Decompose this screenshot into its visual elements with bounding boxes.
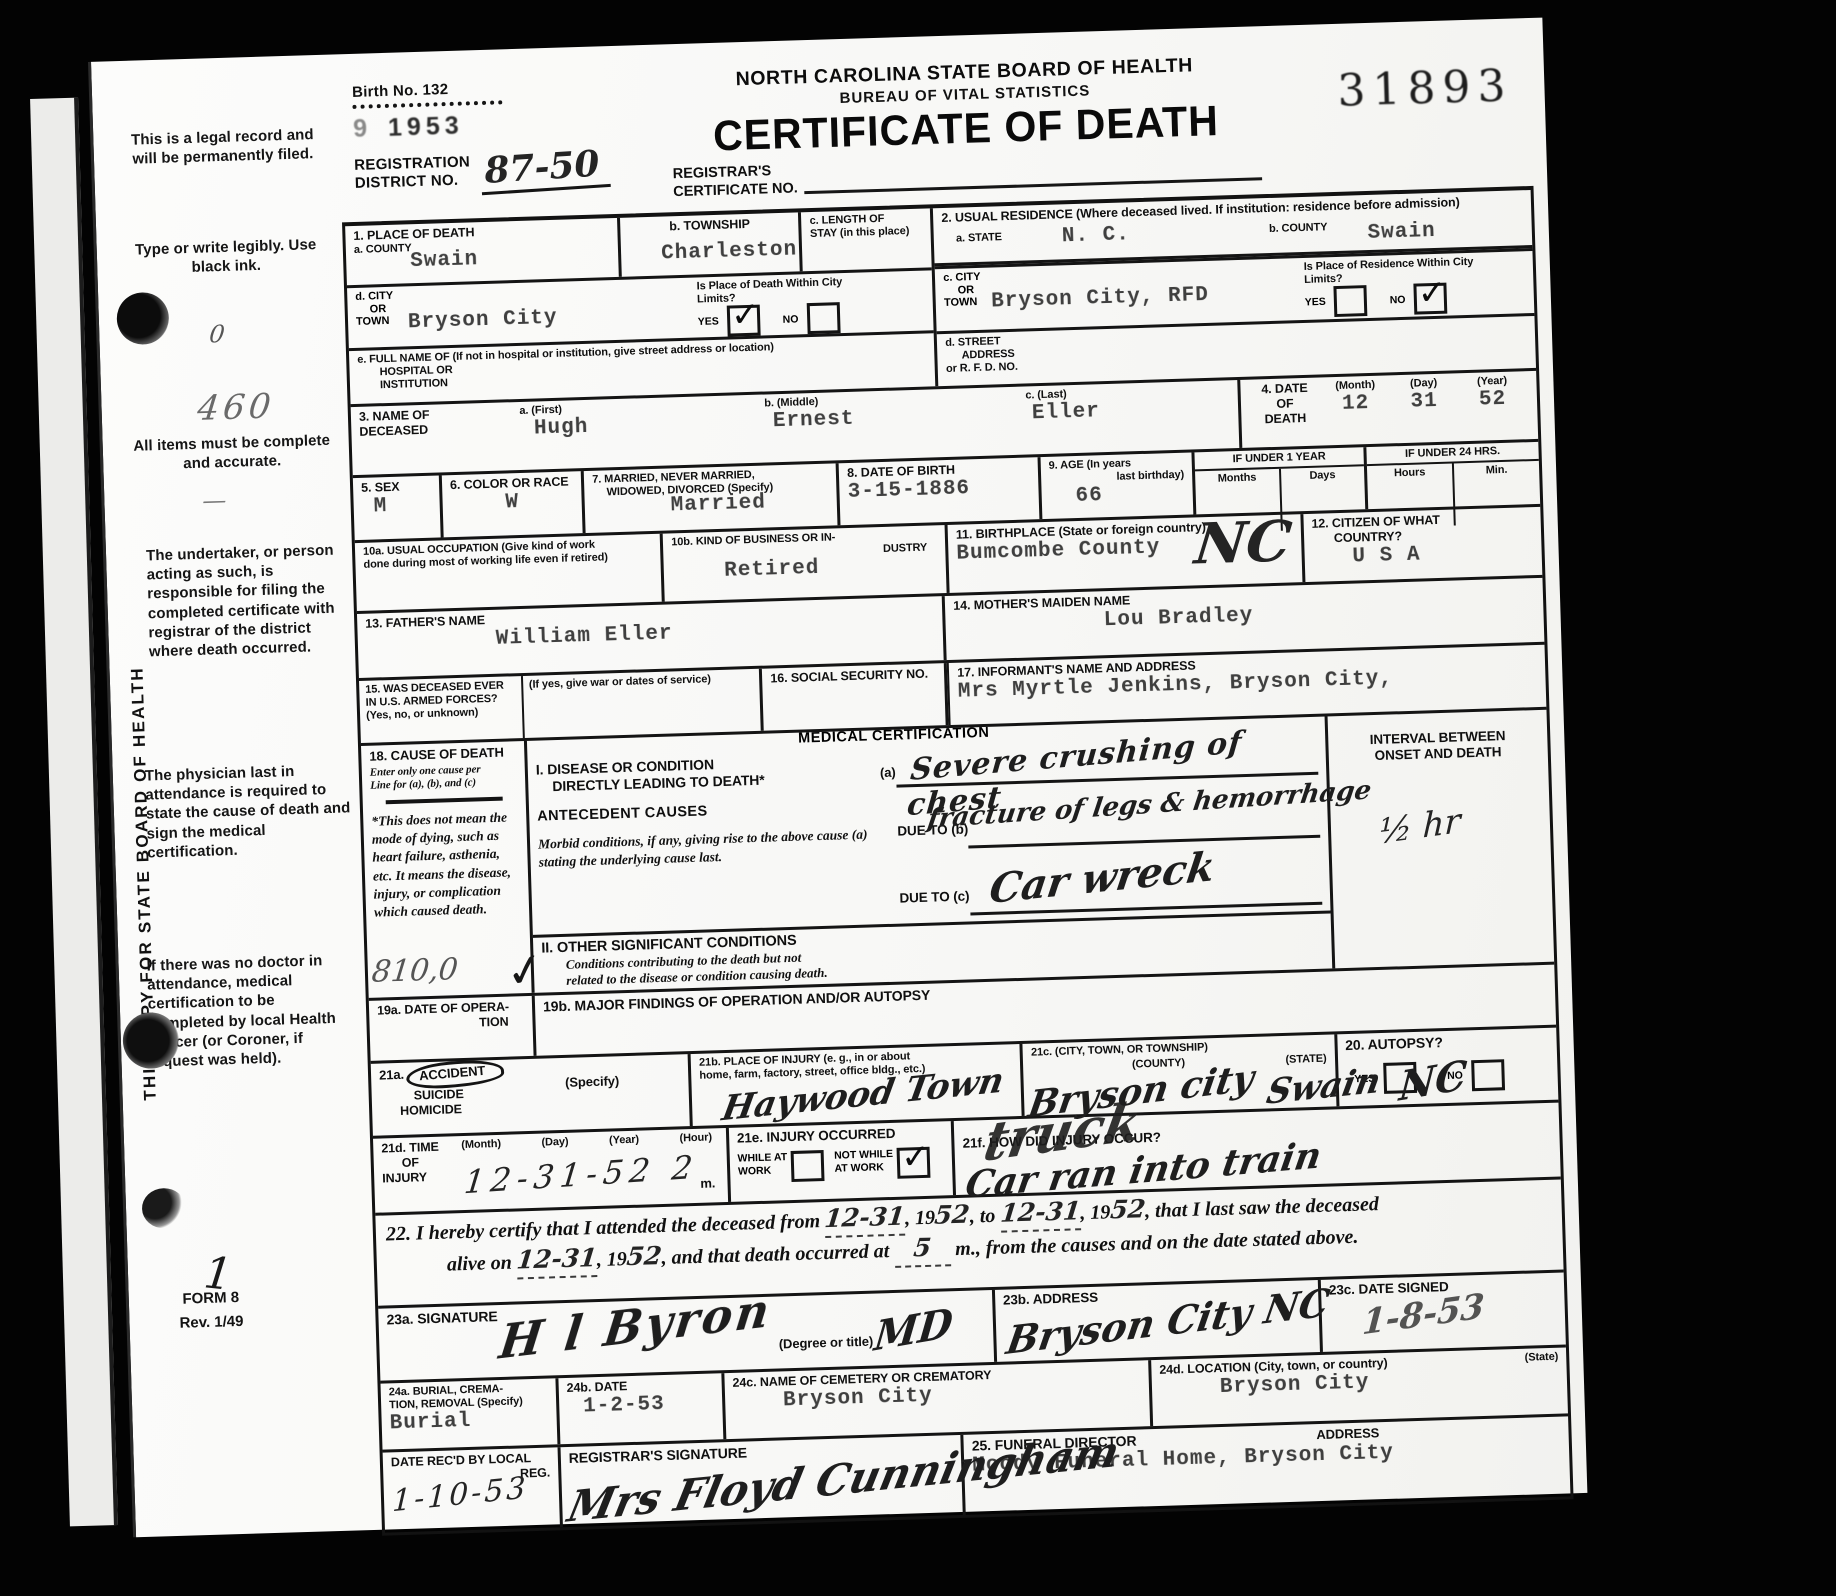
scanned-death-certificate: This is a legal record and will be perma… <box>0 0 1836 1596</box>
ti-l1: 21d. TIME <box>381 1140 439 1156</box>
no-checkbox-empty <box>806 303 840 335</box>
cause-note-2: *This does not mean the mode of dying, s… <box>371 808 521 922</box>
birth-no: Birth No. 132 <box>352 79 503 109</box>
field-11-birthplace: 11. BIRTHPLACE (State or foreign country… <box>948 514 1306 593</box>
field-24c-cemetery: 24c. NAME OF CEMETERY OR CREMATORY Bryso… <box>724 1360 1153 1439</box>
field-7-marital-status: 7. MARRIED, NEVER MARRIED, WIDOWED, DIVO… <box>584 463 841 533</box>
accident-num: 21a. <box>379 1067 404 1083</box>
while-at-work-label: WHILE AT WORK <box>737 1151 788 1183</box>
autopsy-no-checkbox-empty <box>1471 1059 1505 1091</box>
sex-value: M <box>361 494 432 519</box>
race-value: W <box>450 489 574 516</box>
alive-year-handwritten: 52 <box>627 1256 662 1257</box>
stamp-day: 9 <box>353 114 373 143</box>
state-label: a. STATE <box>942 231 1003 263</box>
w1: WHILE AT <box>737 1151 787 1165</box>
while-at-work-checkbox-empty <box>791 1150 825 1182</box>
field-18-cause-of-death: 18. CAUSE OF DEATH Enter only one cause … <box>361 741 535 998</box>
res-city-l3: TOWN <box>944 296 978 309</box>
ti-day-label: (Day) <box>541 1136 568 1150</box>
n2: AT WORK <box>834 1162 884 1176</box>
res-no-checkbox-checked: ✓ <box>1413 283 1447 315</box>
specify-label: (Specify) <box>565 1073 620 1113</box>
funeral-address-label: ADDRESS <box>1316 1425 1379 1444</box>
interval-cell: INTERVAL BETWEEN ONSET AND DEATH ½ hr <box>1327 710 1554 969</box>
margin-note-physician: The physician last in attendance is requ… <box>139 760 354 862</box>
city-or-town-label: d. CITY OR TOWN <box>355 290 395 345</box>
check-mark-icon: ✓ <box>1417 273 1447 314</box>
margin-handwritten-460: 460 <box>195 386 276 429</box>
header-right: 31893 <box>1258 34 1533 194</box>
dod-l1: 4. DATE <box>1261 381 1308 396</box>
time-injury-handwritten: 12-31-52 2 <box>462 1148 700 1202</box>
degree-or-title-label: (Degree or title) <box>779 1334 874 1352</box>
field-registrar-signature: REGISTRAR'S SIGNATURE Mrs Floyd Cunningh… <box>560 1435 965 1527</box>
state-value: N. C. <box>1062 223 1131 259</box>
field-23b-address: 23b. ADDRESS Bryson City NC <box>995 1280 1323 1362</box>
interval-handwritten: ½ hr <box>1378 801 1461 853</box>
last-name-group: c. (Last) Eller <box>985 383 1231 452</box>
margin-note-legal: This is a legal record and will be perma… <box>119 125 326 170</box>
certificate-paper: This is a legal record and will be perma… <box>88 18 1587 1538</box>
time-injury-label: 21d. TIME OF INJURY <box>381 1139 457 1209</box>
field-8-date-of-birth: 8. DATE OF BIRTH 3-15-1886 <box>839 457 1042 525</box>
field-15-armed-forces: 15. WAS DECEASED EVER IN U.S. ARMED FORC… <box>359 669 764 743</box>
field-4-date-of-death: 4. DATE OF DEATH (Month)12 (Day)31 (Year… <box>1240 371 1538 448</box>
death-hour-handwritten: 5 <box>913 1248 930 1249</box>
form-area: Birth No. 132 91953 REGISTRATION DISTRIC… <box>337 34 1573 1536</box>
ti-hour-label: (Hour) <box>679 1131 712 1145</box>
alive-on-handwritten: 12-31 <box>517 1258 597 1260</box>
field-6-color-race: 6. COLOR OR RACE W <box>442 471 586 537</box>
ti-l2: OF <box>382 1155 420 1170</box>
field-date-received: DATE REC'D BY LOCAL REG. 1-10-53 <box>383 1447 563 1532</box>
name-of-deceased-label: 3. NAME OF DECEASED <box>359 406 491 472</box>
accident-inner: 21a. ACCIDENT SUICIDE HOMICIDE (Specify) <box>379 1057 682 1119</box>
attended-from-year-handwritten: 52 <box>935 1215 970 1216</box>
field-21a-accident: 21a. ACCIDENT SUICIDE HOMICIDE (Specify) <box>371 1054 693 1136</box>
registrars-cert-label: REGISTRAR'S CERTIFICATE NO. <box>672 161 798 201</box>
y1: , 19 <box>905 1207 936 1230</box>
form-number: FORM 8 <box>178 1286 243 1312</box>
autopsy-label: 20. AUTOPSY? <box>1345 1031 1549 1054</box>
field-5-sex: 5. SEX M <box>353 475 444 540</box>
attended-from-handwritten: 12-31 <box>825 1217 905 1219</box>
injury-state-handwritten: NC <box>1398 1051 1469 1111</box>
header-left: Birth No. 132 91953 REGISTRATION DISTRIC… <box>337 60 674 222</box>
yes-label: YES <box>698 316 719 329</box>
middle-name-group: b. (Middle) Ernest <box>724 391 987 461</box>
antecedent-block: ANTECEDENT CAUSES Morbid conditions, if … <box>537 785 1322 929</box>
yes-checkbox-checked: ✓ <box>727 305 761 337</box>
date-of-death-label: 4. DATE OF DEATH <box>1248 381 1323 445</box>
district-no-label: DISTRICT NO. <box>355 172 459 192</box>
district-no-value: 87-50 <box>479 142 611 195</box>
line-a-blank: Severe crushing of chest <box>895 738 1318 788</box>
ti-m-label: m. <box>700 1176 715 1192</box>
field-21b-place-of-injury: 21b. PLACE OF INJURY (e. g., in or about… <box>691 1044 1025 1126</box>
row-place-residence: 1. PLACE OF DEATH a. COUNTY Swain b. TOW… <box>345 190 1536 407</box>
city-of-death-inner: d. CITY OR TOWN Bryson City <box>355 281 698 345</box>
attended-to-handwritten: 12-31 <box>1000 1211 1080 1213</box>
ti-year-label: (Year) <box>609 1134 639 1148</box>
form-revision: Rev. 1/49 <box>179 1310 244 1336</box>
first-name-group: a. (First) Hugh <box>489 399 726 468</box>
not-while-at-work-checkbox-checked: ✓ <box>897 1147 931 1179</box>
cause-of-death-label: 18. CAUSE OF DEATH <box>369 744 516 764</box>
field-23c-date-signed: 23c. DATE SIGNED 1-8-53 <box>1321 1273 1566 1352</box>
certificate-serial-number: 31893 <box>1337 61 1513 117</box>
city-l2: OR <box>356 303 387 316</box>
res-yes-checkbox-empty <box>1334 285 1368 317</box>
death-at-words: , and that death occurred at <box>661 1240 889 1269</box>
field-2-usual-residence: 2. USUAL RESIDENCE (Where deceased lived… <box>933 190 1536 386</box>
burial-date-value: 1-2-53 <box>567 1392 715 1419</box>
due-b-line: DUE TO (b) fracture of legs & hemorrhage <box>897 811 1320 851</box>
ti-month-label: (Month) <box>461 1138 501 1152</box>
stamp-year: 1953 <box>388 112 464 142</box>
registrars-label: REGISTRAR'S <box>673 163 772 182</box>
field-24b-date: 24b. DATE 1-2-53 <box>558 1373 726 1444</box>
dod-month-value: 12 <box>1321 392 1390 417</box>
dod-month-group: (Month)12 <box>1321 378 1391 442</box>
time-injury-values: (Month) (Day) (Year) (Hour) 12-31-52 2 m… <box>455 1131 720 1207</box>
age-value: 66 <box>1049 482 1185 509</box>
disease-label: I. DISEASE OR CONDITION DIRECTLY LEADING… <box>536 751 881 798</box>
margin-note-nodoctor: If there was no doctor in attendance, me… <box>144 950 355 1071</box>
field-24a-burial: 24a. BURIAL, CREMA- TION, REMOVAL (Speci… <box>380 1378 560 1449</box>
morbid-note: Morbid conditions, if any, giving rise t… <box>538 825 898 871</box>
check-mark-icon: ✓ <box>730 295 760 336</box>
medical-certification-cell: MEDICAL CERTIFICATION I. DISEASE OR COND… <box>527 716 1335 992</box>
field-16-ssn: 16. SOCIAL SECURITY NO. <box>762 663 949 731</box>
length-of-stay: c. LENGTH OF STAY (in this place) <box>801 208 931 271</box>
forces-label-3: (If yes, give war or dates of service) <box>529 672 754 692</box>
field-21f-how-injury-occurred: 21f. HOW DID INJURY OCCUR? truck Car ran… <box>954 1103 1561 1195</box>
residence-city-or-town-label: c. CITY OR TOWN <box>943 271 982 328</box>
death-city-limits: Is Place of Death Within City Limits? YE… <box>697 274 926 335</box>
field-24d-location: 24d. LOCATION (City, town, or country) (… <box>1151 1347 1568 1426</box>
due-to-c-label: DUE TO (c) <box>899 888 970 917</box>
field-21d-time-of-injury: 21d. TIME OF INJURY (Month) (Day) (Year)… <box>373 1128 731 1213</box>
ti-l3: INJURY <box>382 1170 427 1185</box>
field-1-place-of-death: 1. PLACE OF DEATH a. COUNTY Swain b. TOW… <box>345 208 938 404</box>
residence-city-inner: c. CITY OR TOWN Bryson City, RFD <box>943 261 1305 328</box>
registration-district: REGISTRATION DISTRICT NO. 87-50 <box>354 142 673 193</box>
field-21e-injury-occurred: 21e. INJURY OCCURRED WHILE AT WORK NOT W… <box>729 1121 956 1202</box>
name-l2: DECEASED <box>359 423 428 439</box>
registration-district-label: REGISTRATION DISTRICT NO. <box>354 153 471 193</box>
margin-note-undertaker: The undertaker, or person acting as such… <box>132 540 355 662</box>
res-city-l2: OR <box>943 284 974 297</box>
cause-c-handwritten: Car wreck <box>986 843 1218 914</box>
location-state-label: (State) <box>1524 1351 1558 1367</box>
alive-word: alive on <box>447 1252 513 1276</box>
field-12-citizen: 12. CITIZEN OF WHAT COUNTRY? U S A <box>1303 507 1542 582</box>
city-l1: d. CITY <box>355 290 393 303</box>
form-number-block: FORM 8 Rev. 1/49 <box>178 1286 243 1336</box>
field-9-under-24-hrs: IF UNDER 24 HRS. Hours Min. <box>1366 442 1540 509</box>
business-value: Retired <box>724 557 820 583</box>
not-while-at-work-label: NOT WHILE AT WORK <box>834 1148 894 1181</box>
injury-occurred-boxes: WHILE AT WORK NOT WHILE AT WORK ✓ <box>737 1147 944 1184</box>
field-10b-business: 10b. KIND OF BUSINESS OR IN- DUSTRY Reti… <box>663 525 950 602</box>
dod-year-value: 52 <box>1458 387 1527 412</box>
city-of-death-value: Bryson City <box>408 307 559 344</box>
birthplace-handwritten-state: NC <box>1192 508 1295 577</box>
divider-rule <box>385 797 503 805</box>
antecedent-right: DUE TO (b) fracture of legs & hemorrhage… <box>896 785 1322 918</box>
res-no-label: NO <box>1390 294 1406 306</box>
res-yes-label: YES <box>1305 296 1326 309</box>
line-b-blank: fracture of legs & hemorrhage <box>968 811 1320 849</box>
antecedent-left: ANTECEDENT CAUSES Morbid conditions, if … <box>537 798 900 929</box>
line-c-blank: Car wreck <box>969 878 1322 916</box>
residence-county-value: Swain <box>1367 220 1436 250</box>
hole-punch <box>116 292 170 346</box>
check-mark-icon: ✓ <box>901 1137 931 1178</box>
field-9-age: 9. AGE (In years last birthday) 66 <box>1040 452 1196 519</box>
form-table: 1. PLACE OF DEATH a. COUNTY Swain b. TOW… <box>342 186 1574 1536</box>
certificate-no-label: CERTIFICATE NO. <box>673 181 798 201</box>
attended-to-year-handwritten: 52 <box>1110 1209 1145 1210</box>
to-word: , to <box>969 1205 995 1228</box>
date-of-death-values: (Month)12 (Day)31 (Year)52 <box>1321 374 1530 442</box>
field-19a-date-of-operation: 19a. DATE OF OPERA- TION <box>369 996 537 1061</box>
hole-punch <box>141 1188 186 1229</box>
residence-county: b. COUNTY Swain <box>1261 211 1532 253</box>
marital-value: Married <box>670 492 766 518</box>
margin-note-type: Type or write legibly. Use black ink. <box>122 235 329 280</box>
w2: WORK <box>738 1165 772 1178</box>
res-city-l1: c. CITY <box>943 271 981 284</box>
dod-year-group: (Year)52 <box>1458 374 1528 438</box>
dod-l3: DEATH <box>1264 411 1306 426</box>
n1: NOT WHILE <box>834 1148 893 1162</box>
y3: , 19 <box>596 1248 627 1271</box>
county-of-death: 1. PLACE OF DEATH a. COUNTY Swain <box>345 218 622 285</box>
date-stamp: 91953 <box>353 105 672 144</box>
township-of-death: b. TOWNSHIP Charleston <box>620 212 803 277</box>
ssn-label: 16. SOCIAL SECURITY NO. <box>770 666 936 686</box>
left-instructions-column: This is a legal record and will be perma… <box>91 54 382 1537</box>
field-10a-occupation: 10a. USUAL OCCUPATION (Give kind of work… <box>355 534 665 611</box>
forces-right: (If yes, give war or dates of service) <box>523 669 761 738</box>
burial-value: Burial <box>389 1408 549 1436</box>
field-9-under-1-year: IF UNDER 1 YEAR Months Days <box>1194 447 1368 514</box>
margin-note-items: All items must be complete and accurate. <box>128 431 335 476</box>
blank-line <box>804 167 1263 194</box>
due-c-line: DUE TO (c) Car wreck <box>899 878 1322 918</box>
county-value: Swain <box>410 248 479 273</box>
antecedent-label: ANTECEDENT CAUSES <box>537 798 897 826</box>
birth-date-value: 3-15-1886 <box>847 475 1030 504</box>
header-center: NORTH CAROLINA STATE BOARD OF HEALTH BUR… <box>669 42 1262 212</box>
residence-city-value: Bryson City, RFD <box>991 284 1210 327</box>
injury-county-handwritten: Swain <box>1264 1061 1384 1113</box>
forces-label-1: 15. WAS DECEASED EVER IN U.S. ARMED FORC… <box>365 679 515 710</box>
margin-handwritten-dash: — <box>201 486 228 515</box>
city-l3: TOWN <box>356 315 390 328</box>
y2: , 19 <box>1080 1201 1111 1224</box>
accident-words: 21a. ACCIDENT SUICIDE HOMICIDE <box>379 1063 506 1119</box>
dod-l2: OF <box>1276 396 1294 411</box>
name-l1: 3. NAME OF <box>359 408 430 424</box>
homicide-word: HOMICIDE <box>380 1100 506 1119</box>
stay-label-2: STAY (in this place) <box>810 225 923 242</box>
row-medical-certification: 18. CAUSE OF DEATH Enter only one cause … <box>361 710 1554 1001</box>
registration-label: REGISTRATION <box>354 153 470 174</box>
margin-handwritten-zero: 0 <box>208 320 226 349</box>
residence-city-limits: Is Place of Residence Within City Limits… <box>1304 254 1527 317</box>
residence-county-label: b. COUNTY <box>1269 221 1328 253</box>
township-value: Charleston <box>661 238 798 265</box>
forces-left: 15. WAS DECEASED EVER IN U.S. ARMED FORC… <box>359 676 525 743</box>
township-label: b. TOWNSHIP <box>628 216 791 236</box>
certify-post1: , that I last saw the deceased <box>1145 1193 1379 1222</box>
dod-day-group: (Day)31 <box>1389 376 1459 440</box>
no-label: NO <box>782 313 798 325</box>
cause-code-handwritten: 810,0 <box>370 952 460 990</box>
dod-day-value: 31 <box>1390 390 1459 415</box>
a-label: (a) <box>880 765 896 788</box>
